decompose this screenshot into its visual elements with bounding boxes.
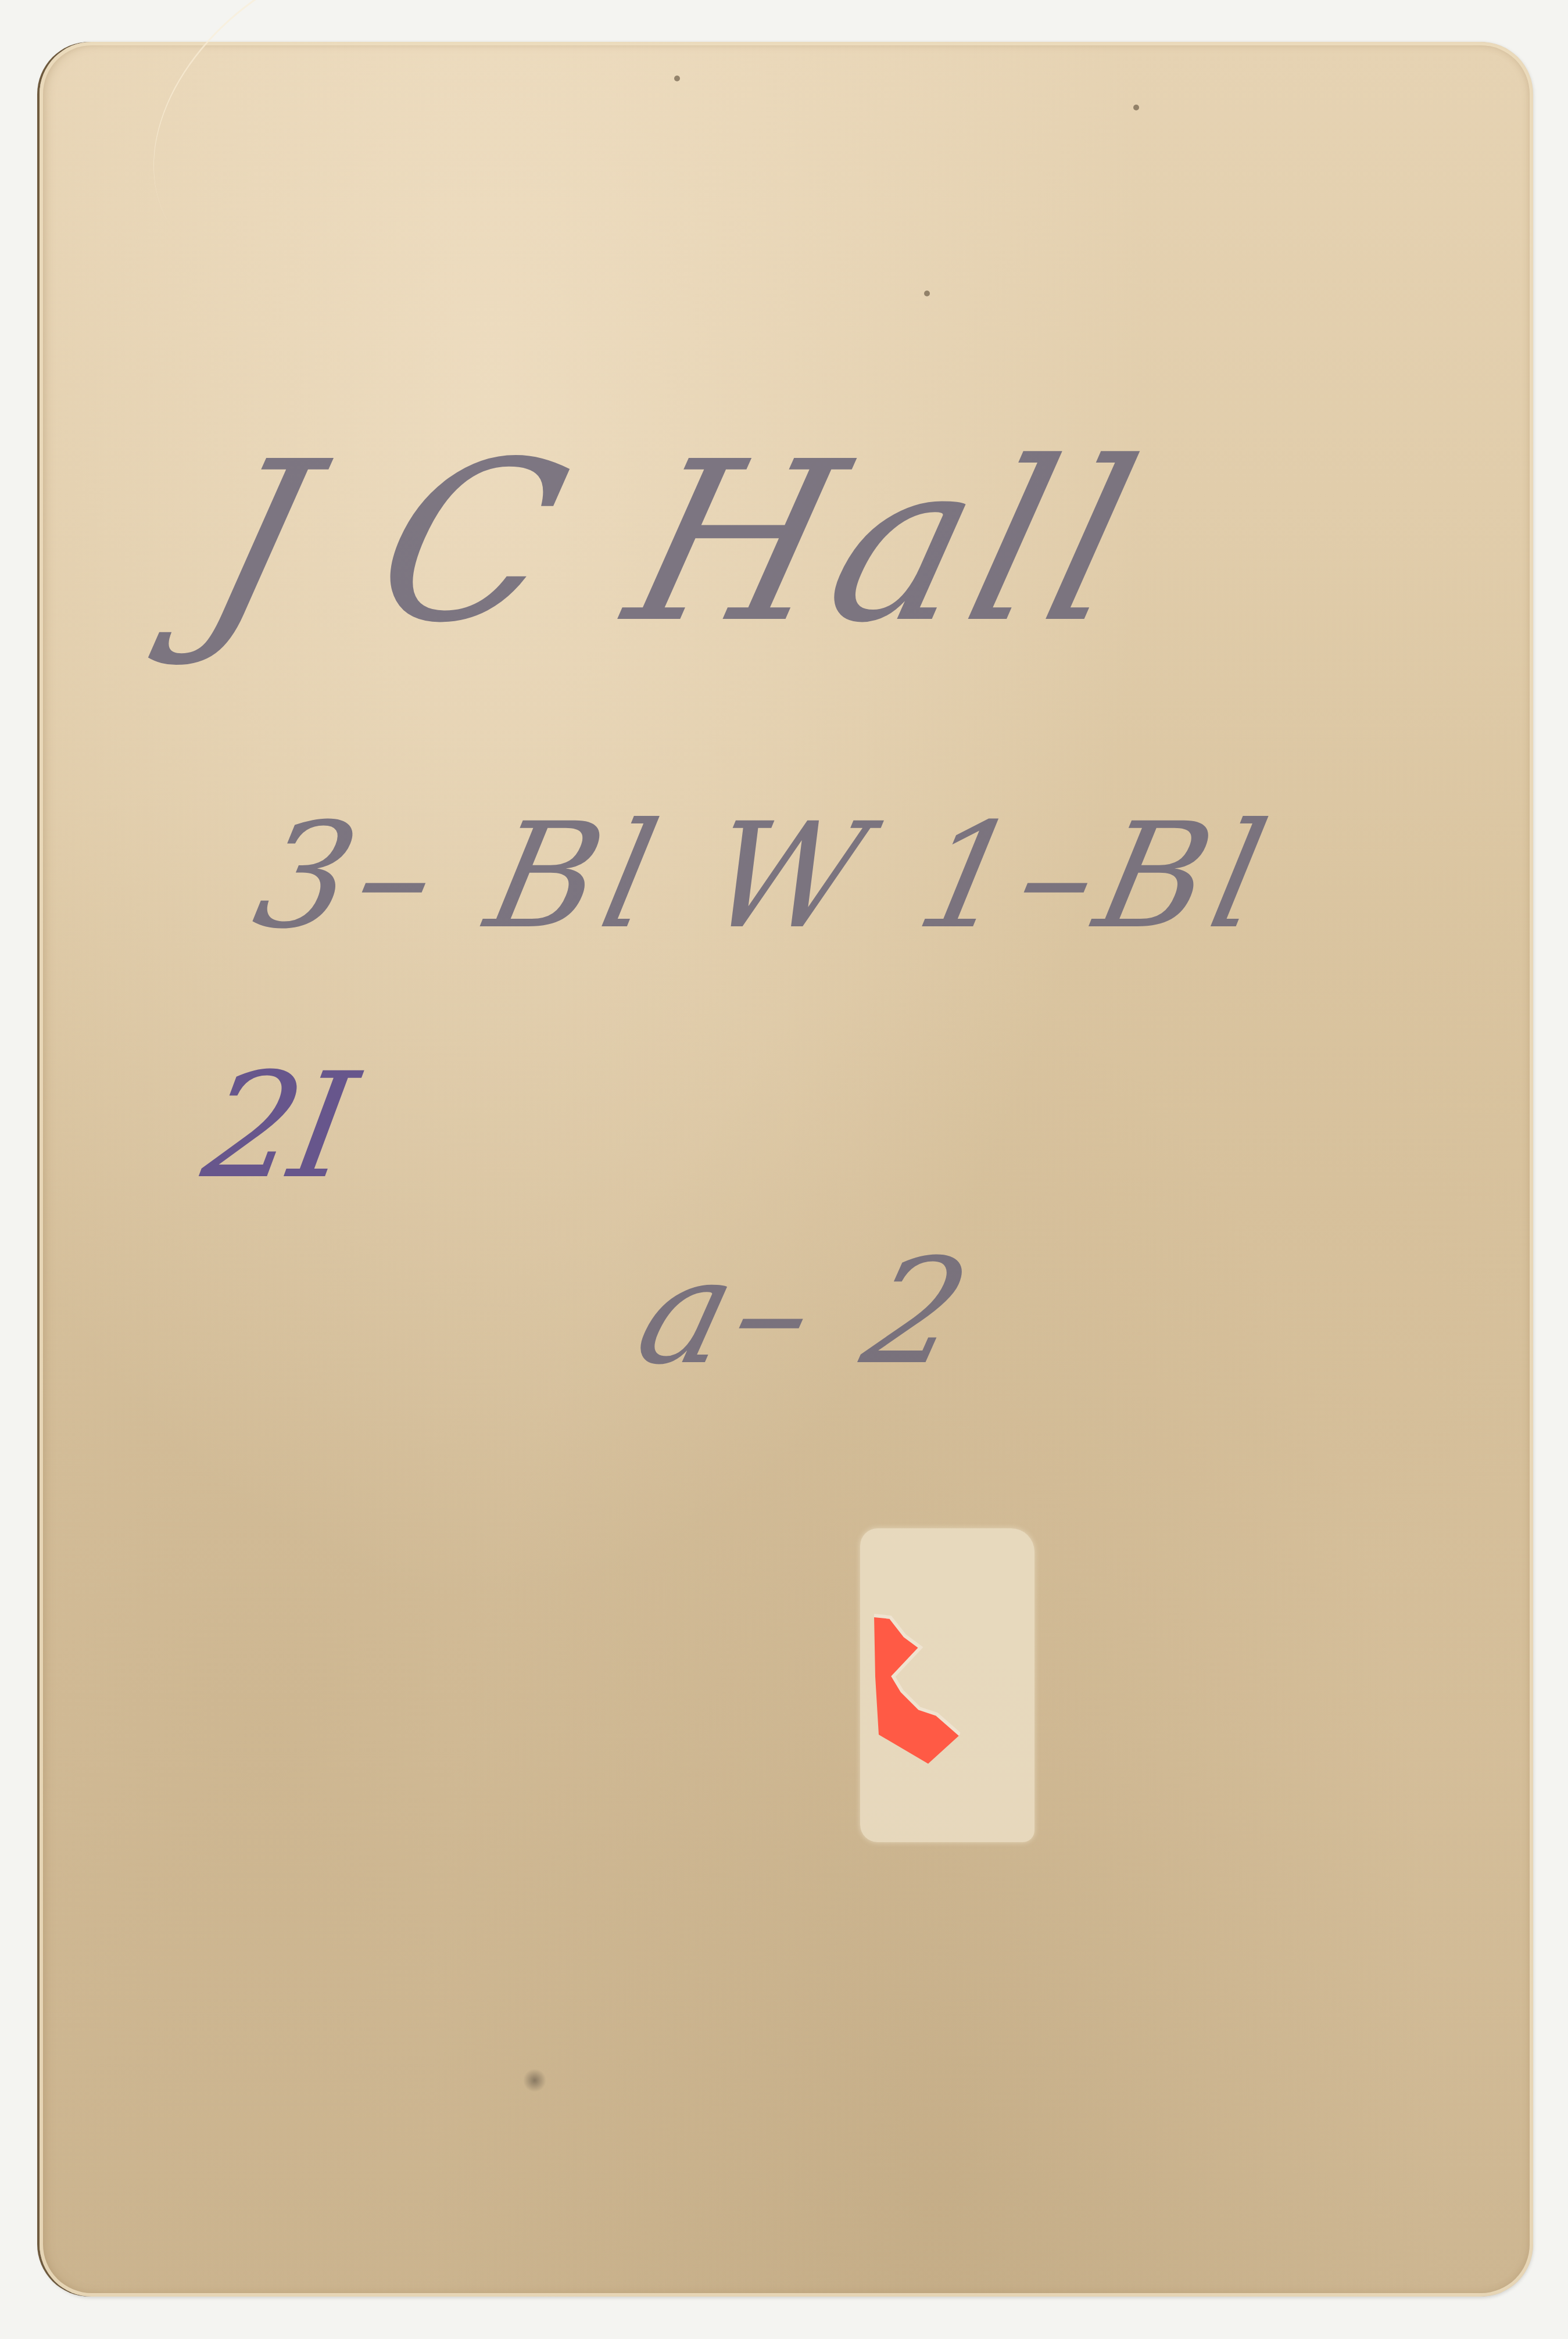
crayon-mark: 2I [193, 1041, 361, 1210]
handwritten-code: 3– Bl W 1–Bl [242, 791, 1287, 961]
paper-speck [1133, 105, 1139, 110]
card-back: J C Hall 3– Bl W 1–Bl 2I a– 2 [40, 42, 1533, 2297]
paper-crease [92, 0, 518, 309]
ink-smudge [523, 2069, 546, 2092]
handwritten-reference: a– 2 [623, 1227, 991, 1396]
handwritten-name: J C Hall [182, 414, 1165, 671]
sticker-fragment-icon [873, 1589, 960, 1764]
paper-speck [674, 76, 680, 81]
paper-speck [924, 291, 930, 296]
